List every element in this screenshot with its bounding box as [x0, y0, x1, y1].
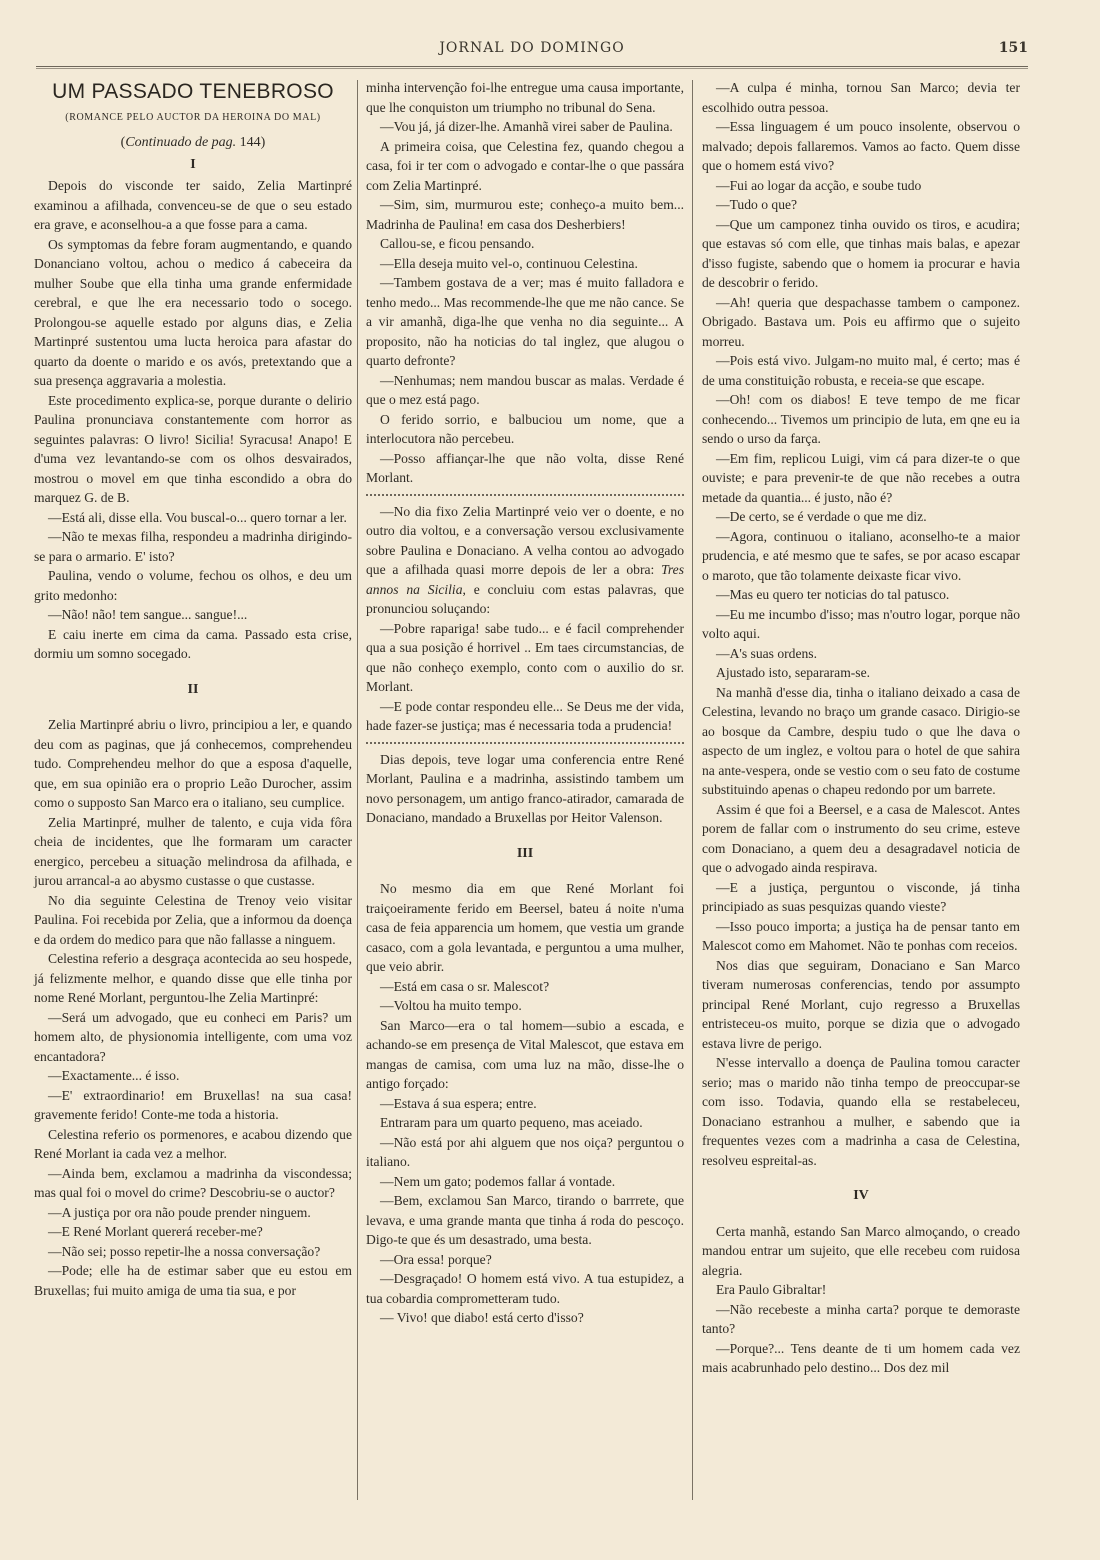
- paragraph: —No dia fixo Zelia Martinpré veio ver o …: [366, 502, 684, 619]
- paragraph-text: — Vivo! que diabo! está certo d'isso?: [380, 1310, 584, 1325]
- paragraph: —Voltou ha muito tempo.: [366, 996, 684, 1016]
- paragraph-text: Dias depois, teve logar uma conferencia …: [366, 752, 684, 826]
- paragraph: —Não está por ahi alguem que nos oiça? p…: [366, 1133, 684, 1172]
- paragraph-text: —Oh! com os diabos! E teve tempo de me f…: [702, 392, 1020, 446]
- paragraph: —E a justiça, perguntou o visconde, já t…: [702, 878, 1020, 917]
- chapter-heading: I: [34, 155, 352, 175]
- paragraph-text: —A's suas ordens.: [716, 646, 817, 661]
- paragraph-text: —Estava á sua espera; entre.: [380, 1096, 537, 1111]
- paragraph-text: —E pode contar respondeu elle... Se Deus…: [366, 699, 684, 734]
- paragraph: Assim é que foi a Beersel, e a casa de M…: [702, 800, 1020, 878]
- page-number: 151: [999, 40, 1028, 56]
- paragraph: —Está em casa o sr. Malescot?: [366, 977, 684, 997]
- paragraph: Zelia Martinpré, mulher de talento, e cu…: [34, 813, 352, 891]
- continued-note: (Continuado de pag. 144): [34, 133, 352, 153]
- paragraph: —Será um advogado, que eu conheci em Par…: [34, 1008, 352, 1067]
- paragraph-text: —E' extraordinario! em Bruxellas! na sua…: [34, 1088, 352, 1123]
- paragraph: —Oh! com os diabos! E teve tempo de me f…: [702, 390, 1020, 449]
- paragraph-text: Paulina, vendo o volume, fechou os olhos…: [34, 568, 352, 603]
- paragraph-text: —Ainda bem, exclamou a madrinha da visco…: [34, 1166, 352, 1201]
- paragraph-text: Os symptomas da febre foram augmentando,…: [34, 237, 352, 389]
- continued-page: 144): [236, 135, 265, 150]
- paragraph: No dia seguinte Celestina de Trenoy veio…: [34, 891, 352, 950]
- paragraph-text: —Essa linguagem é um pouco insolente, ob…: [702, 119, 1020, 173]
- paragraph: —E René Morlant quererá receber-me?: [34, 1222, 352, 1242]
- paragraph: —Mas eu quero ter noticias do tal patusc…: [702, 585, 1020, 605]
- chapter-heading: II: [34, 680, 352, 700]
- paragraph: Ajustado isto, separaram-se.: [702, 663, 1020, 683]
- paragraph: O ferido sorrio, e balbuciou um nome, qu…: [366, 410, 684, 449]
- paragraph: —Fui ao logar da acção, e soube tudo: [702, 176, 1020, 196]
- paragraph-text: —Pobre rapariga! sabe tudo... e é facil …: [366, 621, 684, 695]
- paragraph: —A justiça por ora não poude prender nin…: [34, 1203, 352, 1223]
- paragraph-text: Depois do visconde ter saido, Zelia Mart…: [34, 178, 352, 232]
- paragraph-text: —Está ali, disse ella. Vou buscal-o... q…: [48, 510, 347, 525]
- paragraph-text: —Fui ao logar da acção, e soube tudo: [716, 178, 921, 193]
- paragraph-text: —Desgraçado! O homem está vivo. A tua es…: [366, 1271, 684, 1306]
- chapter-heading: III: [366, 844, 684, 864]
- chapter-heading: IV: [702, 1186, 1020, 1206]
- paragraph-text: —Ora essa! porque?: [380, 1252, 492, 1267]
- paragraph: —Não recebeste a minha carta? porque te …: [702, 1300, 1020, 1339]
- paragraph-text: —Bem, exclamou San Marco, tirando o barr…: [366, 1193, 684, 1247]
- paragraph: —Porque?... Tens deante de ti um homem c…: [702, 1339, 1020, 1378]
- paragraph-text: Celestina referio os pormenores, e acabo…: [34, 1127, 352, 1162]
- paragraph: —A's suas ordens.: [702, 644, 1020, 664]
- paragraph: —Desgraçado! O homem está vivo. A tua es…: [366, 1269, 684, 1308]
- paragraph: —Agora, continuou o italiano, aconselho-…: [702, 527, 1020, 586]
- paragraph: —Isso pouco importa; a justiça ha de pen…: [702, 917, 1020, 956]
- paragraph: —Essa linguagem é um pouco insolente, ob…: [702, 117, 1020, 176]
- paragraph-text: —Porque?... Tens deante de ti um homem c…: [702, 1341, 1020, 1376]
- paragraph-text: O ferido sorrio, e balbuciou um nome, qu…: [366, 412, 684, 447]
- paragraph-text: —Voltou ha muito tempo.: [380, 998, 522, 1013]
- paragraph: Celestina referio os pormenores, e acabo…: [34, 1125, 352, 1164]
- paragraph-text: Certa manhã, estando San Marco almoçando…: [702, 1224, 1020, 1278]
- paragraph-text: —Tambem gostava de a ver; mas é muito fa…: [366, 275, 684, 368]
- paragraph: —Pode; elle ha de estimar saber que eu e…: [34, 1261, 352, 1300]
- paragraph-text: —Pode; elle ha de estimar saber que eu e…: [34, 1263, 352, 1298]
- paragraph: —Tudo o que?: [702, 195, 1020, 215]
- section-separator: [366, 742, 684, 744]
- paragraph: —Posso affiançar-lhe que não volta, diss…: [366, 449, 684, 488]
- paragraph-text: Ajustado isto, separaram-se.: [716, 665, 870, 680]
- paragraph-text: —A justiça por ora não poude prender nin…: [48, 1205, 311, 1220]
- paragraph: — Vivo! que diabo! está certo d'isso?: [366, 1308, 684, 1328]
- paragraph-text: —E René Morlant quererá receber-me?: [48, 1224, 263, 1239]
- paragraph: —Ainda bem, exclamou a madrinha da visco…: [34, 1164, 352, 1203]
- paragraph-text: —A culpa é minha, tornou San Marco; devi…: [702, 80, 1020, 115]
- paragraph-text: —E a justiça, perguntou o visconde, já t…: [702, 880, 1020, 915]
- paragraph-text: Callou-se, e ficou pensando.: [380, 236, 534, 251]
- paragraph: —Estava á sua espera; entre.: [366, 1094, 684, 1114]
- column-3: —A culpa é minha, tornou San Marco; devi…: [702, 78, 1020, 1378]
- paragraph-text: —Isso pouco importa; a justiça ha de pen…: [702, 919, 1020, 954]
- paragraph-text: —Em fim, replicou Luigi, vim cá para diz…: [702, 451, 1020, 505]
- paragraph-text: Zelia Martinpré abriu o livro, principio…: [34, 717, 352, 810]
- paragraph-text: N'esse intervallo a doença de Paulina to…: [702, 1055, 1020, 1168]
- paragraph: San Marco—era o tal homem—subio a escada…: [366, 1016, 684, 1094]
- paragraph-text: —Não! não! tem sangue... sangue!...: [48, 607, 247, 622]
- paragraph: —Em fim, replicou Luigi, vim cá para diz…: [702, 449, 1020, 508]
- paragraph: —Pois está vivo. Julgam-no muito mal, é …: [702, 351, 1020, 390]
- section-separator: [366, 494, 684, 496]
- paragraph: N'esse intervallo a doença de Paulina to…: [702, 1053, 1020, 1170]
- paragraph: minha intervenção foi-lhe entregue uma c…: [366, 78, 684, 117]
- continued-text: Continuado de pag.: [125, 135, 236, 150]
- paragraph: —Eu me incumbo d'isso; mas n'outro logar…: [702, 605, 1020, 644]
- paragraph: A primeira coisa, que Celestina fez, qua…: [366, 137, 684, 196]
- paragraph-text: —Sim, sim, murmurou este; conheço-a muit…: [366, 197, 684, 232]
- column-divider: [692, 80, 693, 1500]
- column-2: minha intervenção foi-lhe entregue uma c…: [366, 78, 684, 1328]
- paragraph-text: Assim é que foi a Beersel, e a casa de M…: [702, 802, 1020, 876]
- paragraph-text: —Mas eu quero ter noticias do tal patusc…: [716, 587, 949, 602]
- masthead: JORNAL DO DOMINGO: [36, 40, 1028, 56]
- paragraph: Callou-se, e ficou pensando.: [366, 234, 684, 254]
- paragraph-text: —Vou já, já dizer-lhe. Amanhã virei sabe…: [380, 119, 673, 134]
- paragraph-text: —Não está por ahi alguem que nos oiça? p…: [366, 1135, 684, 1170]
- paragraph-text: A primeira coisa, que Celestina fez, qua…: [366, 139, 684, 193]
- paragraph: —Tambem gostava de a ver; mas é muito fa…: [366, 273, 684, 371]
- paragraph: Era Paulo Gibraltar!: [702, 1280, 1020, 1300]
- paragraph: Dias depois, teve logar uma conferencia …: [366, 750, 684, 828]
- paragraph-text: —Ella deseja muito vel-o, continuou Cele…: [380, 256, 638, 271]
- article-subtitle: (Romance pelo auctor da Heroina do Mal): [34, 108, 352, 128]
- paragraph-text: minha intervenção foi-lhe entregue uma c…: [366, 80, 684, 115]
- paragraph: Os symptomas da febre foram augmentando,…: [34, 235, 352, 391]
- paragraph: Entraram para um quarto pequeno, mas ace…: [366, 1113, 684, 1133]
- paragraph: —Ella deseja muito vel-o, continuou Cele…: [366, 254, 684, 274]
- paragraph-text: —Exactamente... é isso.: [48, 1068, 179, 1083]
- column-1: UM PASSADO TENEBROSO (Romance pelo aucto…: [34, 78, 352, 1300]
- paragraph-text: Na manhã d'esse dia, tinha o italiano de…: [702, 685, 1020, 798]
- paragraph-text: —Não recebeste a minha carta? porque te …: [702, 1302, 1020, 1337]
- page-header: JORNAL DO DOMINGO 151: [36, 38, 1028, 66]
- paragraph-text: —Posso affiançar-lhe que não volta, diss…: [366, 451, 684, 486]
- paragraph: —Nenhumas; nem mandou buscar as malas. V…: [366, 371, 684, 410]
- paragraph: —Não sei; posso repetir-lhe a nossa conv…: [34, 1242, 352, 1262]
- paragraph-text: —Nem um gato; podemos fallar á vontade.: [380, 1174, 615, 1189]
- paragraph: Este procedimento explica-se, porque dur…: [34, 391, 352, 508]
- paragraph-text: —Não te mexas filha, respondeu a madrinh…: [34, 529, 352, 564]
- paragraph: —Nem um gato; podemos fallar á vontade.: [366, 1172, 684, 1192]
- paragraph: Certa manhã, estando San Marco almoçando…: [702, 1222, 1020, 1281]
- paragraph: Depois do visconde ter saido, Zelia Mart…: [34, 176, 352, 235]
- paragraph: —Vou já, já dizer-lhe. Amanhã virei sabe…: [366, 117, 684, 137]
- paragraph: —De certo, se é verdade o que me diz.: [702, 507, 1020, 527]
- paragraph: —Ah! queria que despachasse tambem o cam…: [702, 293, 1020, 352]
- header-rule: [36, 66, 1028, 69]
- paragraph-text: —No dia fixo Zelia Martinpré veio ver o …: [366, 504, 684, 578]
- paragraph: —Exactamente... é isso.: [34, 1066, 352, 1086]
- paragraph-text: —Pois está vivo. Julgam-no muito mal, é …: [702, 353, 1020, 388]
- paragraph-text: No mesmo dia em que René Morlant foi tra…: [366, 881, 684, 974]
- paragraph: —Que um camponez tinha ouvido os tiros, …: [702, 215, 1020, 293]
- paragraph-text: —Agora, continuou o italiano, aconselho-…: [702, 529, 1020, 583]
- paragraph: Nos dias que seguiram, Donaciano e San M…: [702, 956, 1020, 1054]
- paragraph-text: Nos dias que seguiram, Donaciano e San M…: [702, 958, 1020, 1051]
- paragraph-text: Era Paulo Gibraltar!: [716, 1282, 826, 1297]
- column-divider: [357, 80, 358, 1500]
- paragraph-text: —Será um advogado, que eu conheci em Par…: [34, 1010, 352, 1064]
- paragraph: —Não te mexas filha, respondeu a madrinh…: [34, 527, 352, 566]
- paragraph-text: —Que um camponez tinha ouvido os tiros, …: [702, 217, 1020, 291]
- paragraph-text: Zelia Martinpré, mulher de talento, e cu…: [34, 815, 352, 889]
- paragraph: E caiu inerte em cima da cama. Passado e…: [34, 625, 352, 664]
- paragraph: —E' extraordinario! em Bruxellas! na sua…: [34, 1086, 352, 1125]
- paragraph: —Ora essa! porque?: [366, 1250, 684, 1270]
- paragraph: No mesmo dia em que René Morlant foi tra…: [366, 879, 684, 977]
- paragraph-text: Este procedimento explica-se, porque dur…: [34, 393, 352, 506]
- paragraph: —Não! não! tem sangue... sangue!...: [34, 605, 352, 625]
- paragraph: —A culpa é minha, tornou San Marco; devi…: [702, 78, 1020, 117]
- paragraph: Paulina, vendo o volume, fechou os olhos…: [34, 566, 352, 605]
- paragraph-text: —De certo, se é verdade o que me diz.: [716, 509, 927, 524]
- paragraph: Celestina referio a desgraça acontecida …: [34, 949, 352, 1008]
- paragraph-text: —Nenhumas; nem mandou buscar as malas. V…: [366, 373, 684, 408]
- paragraph: —Sim, sim, murmurou este; conheço-a muit…: [366, 195, 684, 234]
- paragraph: —Está ali, disse ella. Vou buscal-o... q…: [34, 508, 352, 528]
- paragraph: —Bem, exclamou San Marco, tirando o barr…: [366, 1191, 684, 1250]
- paragraph: —Pobre rapariga! sabe tudo... e é facil …: [366, 619, 684, 697]
- paragraph: Na manhã d'esse dia, tinha o italiano de…: [702, 683, 1020, 800]
- paragraph-text: E caiu inerte em cima da cama. Passado e…: [34, 627, 352, 662]
- paragraph-text: —Tudo o que?: [716, 197, 797, 212]
- paragraph: Zelia Martinpré abriu o livro, principio…: [34, 715, 352, 813]
- paragraph-text: Entraram para um quarto pequeno, mas ace…: [380, 1115, 643, 1130]
- paragraph-text: Celestina referio a desgraça acontecida …: [34, 951, 352, 1005]
- paragraph-text: —Ah! queria que despachasse tambem o cam…: [702, 295, 1020, 349]
- paragraph-text: —Não sei; posso repetir-lhe a nossa conv…: [48, 1244, 320, 1259]
- article-title: UM PASSADO TENEBROSO: [34, 82, 352, 102]
- paragraph-text: No dia seguinte Celestina de Trenoy veio…: [34, 893, 352, 947]
- paragraph-text: —Está em casa o sr. Malescot?: [380, 979, 549, 994]
- paragraph-text: San Marco—era o tal homem—subio a escada…: [366, 1018, 684, 1092]
- paragraph: —E pode contar respondeu elle... Se Deus…: [366, 697, 684, 736]
- paragraph-text: —Eu me incumbo d'isso; mas n'outro logar…: [702, 607, 1020, 642]
